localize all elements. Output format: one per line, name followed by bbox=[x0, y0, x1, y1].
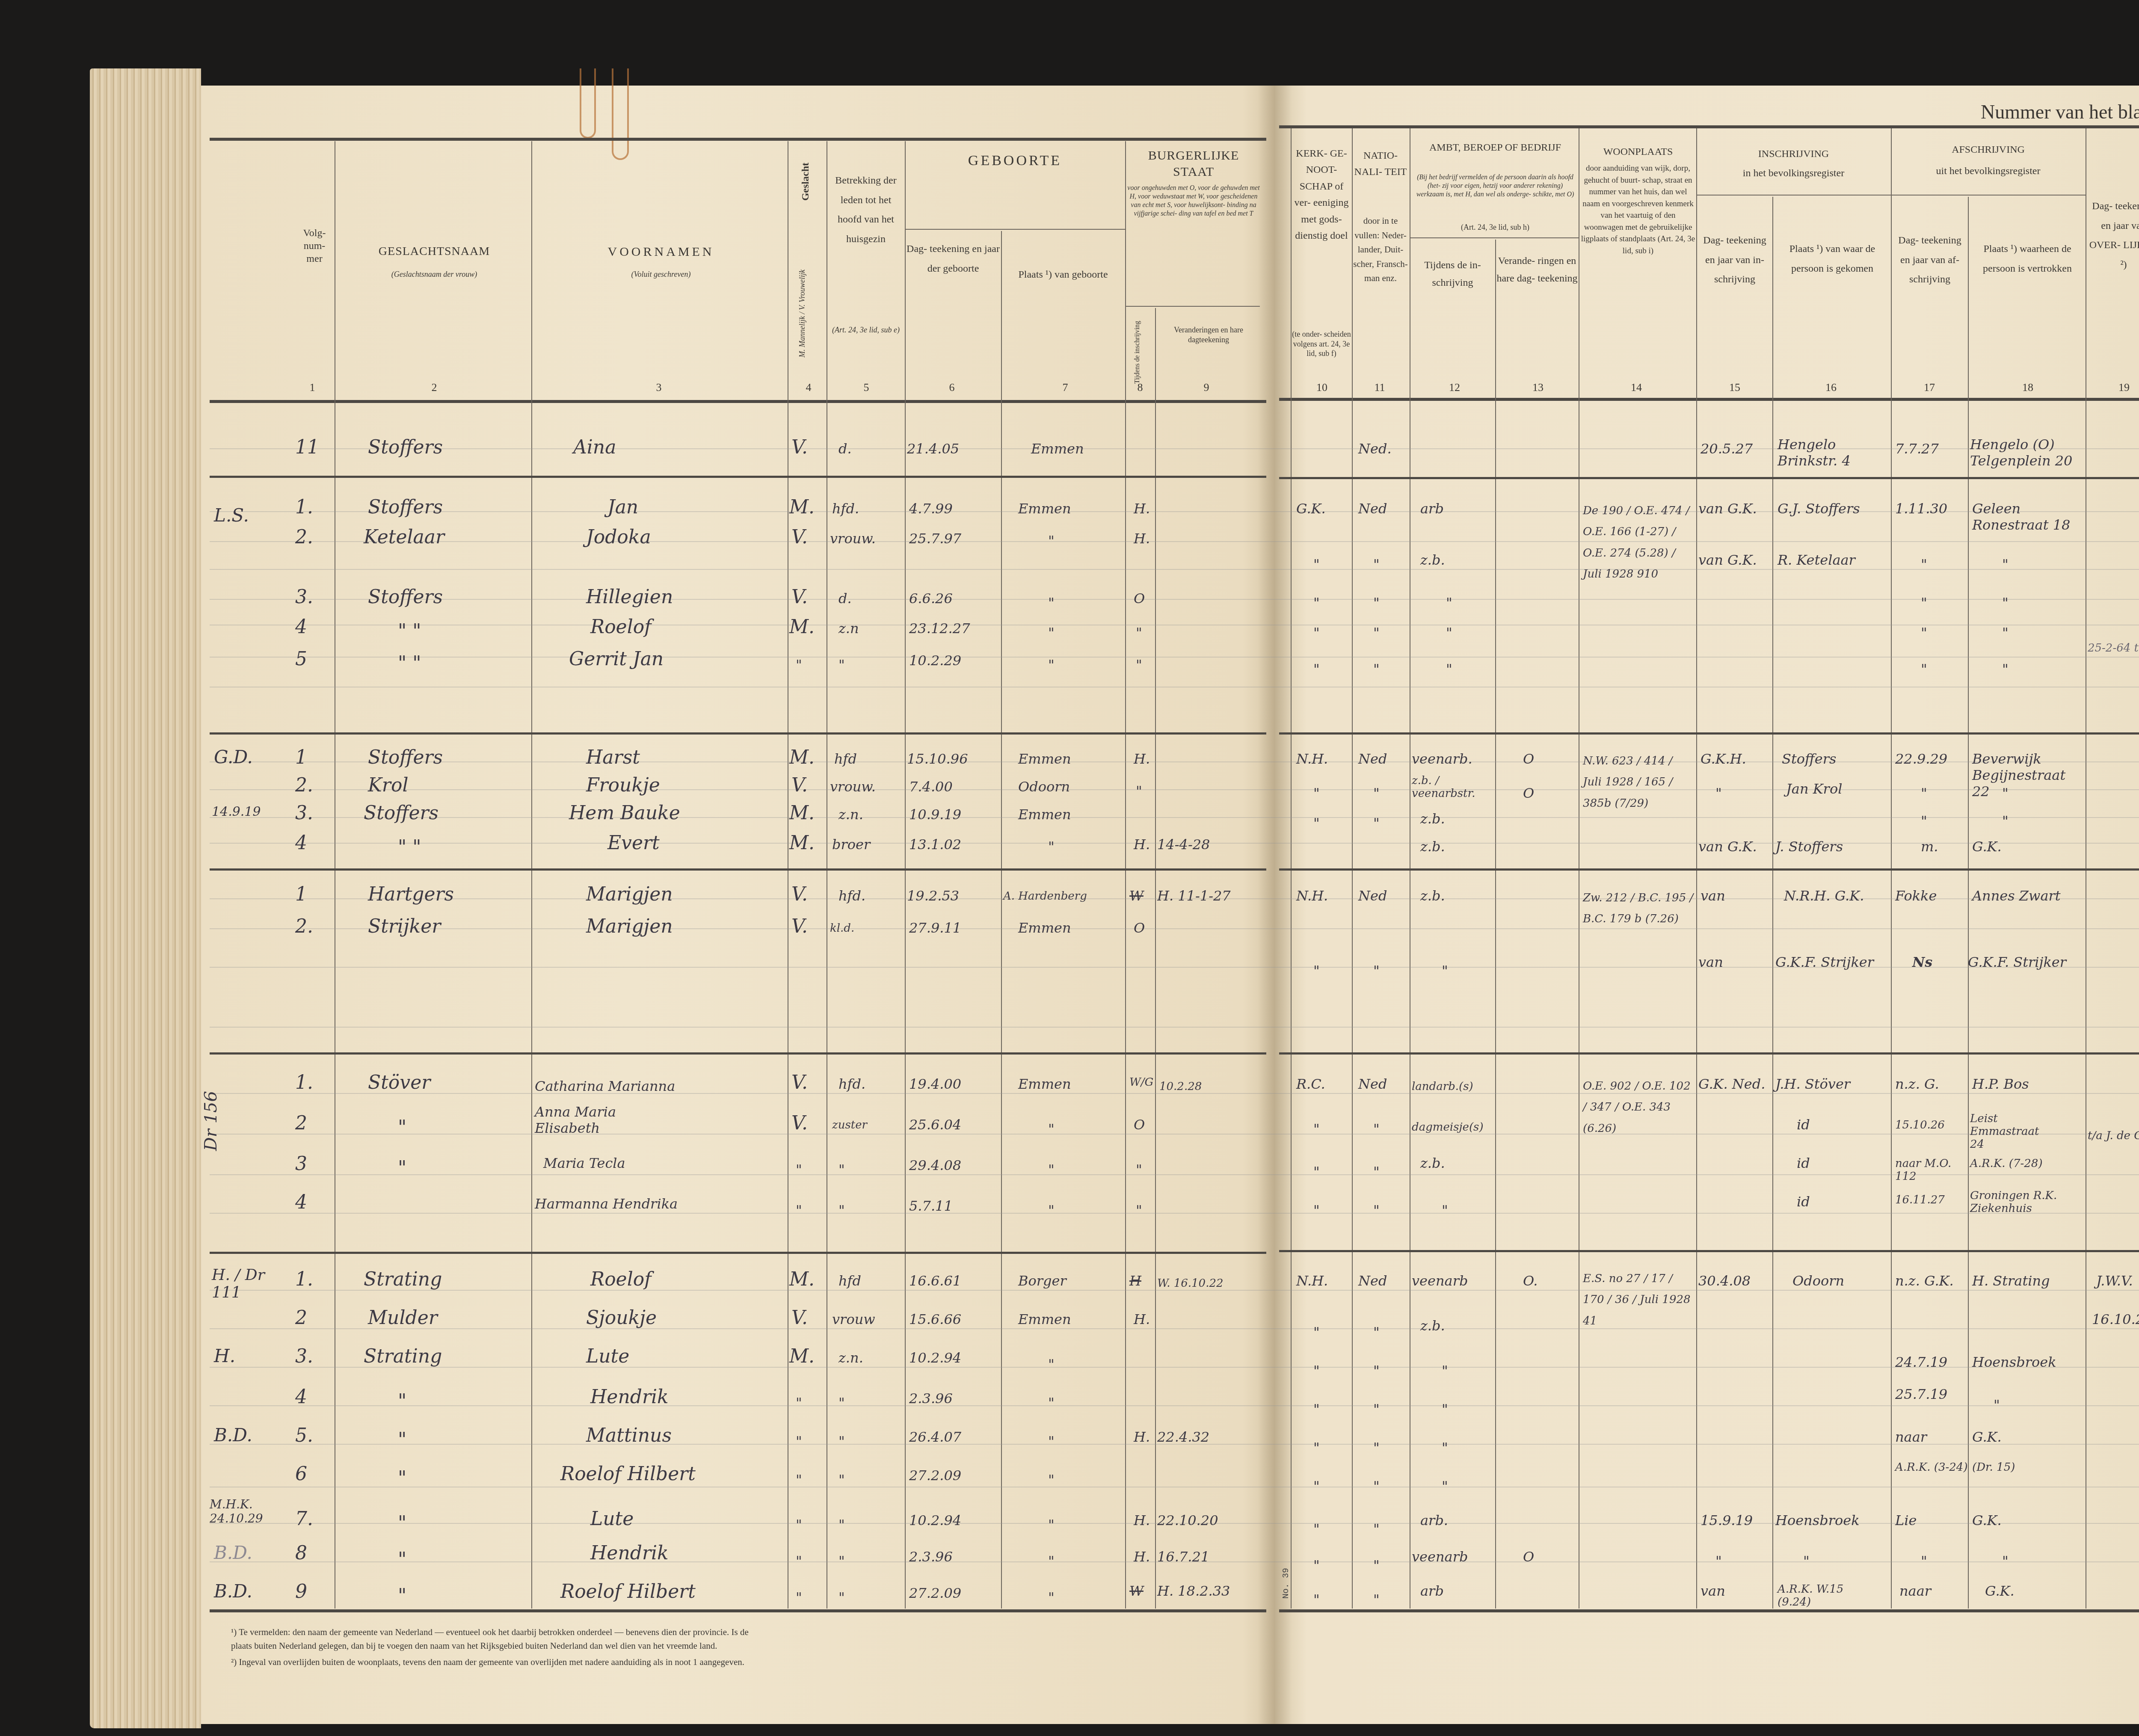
cell-geslacht: V. bbox=[791, 586, 808, 608]
cell-voornamen: Harmanna Hendrika bbox=[535, 1196, 678, 1212]
cell-beroep: " bbox=[1446, 661, 1452, 677]
cell-geslachtsnaam: Mulder bbox=[368, 1307, 438, 1329]
margin-note-date: 14.9.19 bbox=[212, 804, 261, 819]
cell-beroep: arb bbox=[1420, 1583, 1444, 1599]
cell-beroep: z.b. / veenarbstr. bbox=[1412, 774, 1476, 800]
margin-note: H. / Dr 111 bbox=[212, 1266, 272, 1301]
cell-inschrijving-plaats: J.H. Stöver bbox=[1775, 1076, 1850, 1092]
cell-geboortedatum: 10.9.19 bbox=[909, 806, 961, 823]
cell-kerkgenootschap: " bbox=[1313, 625, 1320, 641]
burgerlijke-staat-header: BURGERLIJKE STAAT bbox=[1127, 148, 1260, 180]
cell-afschrijving-plaats: " bbox=[2002, 595, 2009, 611]
cell-geslacht: M. bbox=[789, 832, 815, 854]
burgerlijke-staat-note: voor ongehuwden met O, voor de gehuwden … bbox=[1127, 184, 1260, 218]
household-separator bbox=[1279, 732, 2139, 735]
column-divider bbox=[1155, 308, 1156, 1609]
cell-volgnummer: 3 bbox=[295, 1153, 307, 1175]
cell-overlijden: t/a J. de Goede bbox=[2088, 1129, 2139, 1142]
cell-geboorteplaats: Emmen bbox=[1018, 751, 1071, 767]
cell-staat: " bbox=[1136, 625, 1142, 641]
cell-geboortedatum: 21.4.05 bbox=[907, 441, 959, 457]
cell-staat: W bbox=[1129, 1583, 1144, 1599]
cell-geslachtsnaam: " " bbox=[398, 836, 421, 858]
cell-geslacht: " bbox=[796, 1161, 802, 1178]
column-divider bbox=[1001, 231, 1002, 1609]
cell-woonplaats: O.E. 902 / O.E. 102 / 347 / O.E. 343 (6.… bbox=[1583, 1076, 1694, 1139]
cell-kerkgenootschap: " bbox=[1313, 1478, 1320, 1494]
cell-inschrijving-datum: 30.4.08 bbox=[1698, 1273, 1751, 1289]
cell-staat: H. bbox=[1134, 501, 1150, 517]
margin-note: M.H.K. 24.10.29 bbox=[210, 1497, 270, 1526]
column-header-6: Dag- teekening en jaar der geboorte bbox=[906, 240, 1000, 278]
margin-note: B.D. bbox=[214, 1542, 252, 1563]
cell-nationaliteit: Ned bbox=[1358, 1076, 1387, 1092]
col-num-13: 13 bbox=[1525, 381, 1551, 395]
cell-inschrijving-datum: " bbox=[1715, 785, 1722, 801]
cell-inschrijving-plaats: Stoffers bbox=[1782, 751, 1836, 767]
cell-nationaliteit: " bbox=[1373, 815, 1380, 831]
column-divider bbox=[1772, 197, 1773, 1609]
cell-inschrijving-plaats: id bbox=[1797, 1194, 1810, 1210]
cell-beroep: " bbox=[1446, 625, 1452, 641]
cell-beroep: veenarb bbox=[1412, 1273, 1468, 1289]
cell-kerkgenootschap: " bbox=[1313, 815, 1320, 831]
ruled-line bbox=[210, 1093, 2139, 1094]
cell-volgnummer: 3. bbox=[295, 1345, 313, 1367]
cell-betrekking: " bbox=[838, 1433, 845, 1449]
column-header-18: Plaats ¹) waarheen de persoon is vertrok… bbox=[1970, 240, 2085, 278]
cell-kerkgenootschap: " bbox=[1313, 1164, 1320, 1180]
cell-beroep-verandering: O bbox=[1523, 1549, 1534, 1565]
cell-voornamen: Roelof Hilbert bbox=[560, 1581, 696, 1603]
cell-afschrijving-datum: " bbox=[1921, 625, 1927, 641]
cell-staat: H. bbox=[1134, 530, 1150, 547]
household-separator bbox=[210, 1252, 1266, 1254]
cell-inschrijving-datum: " bbox=[1715, 1553, 1722, 1569]
cell-geslacht: M. bbox=[789, 802, 815, 824]
cell-geslachtsnaam: " bbox=[398, 1157, 406, 1179]
cell-geslachtsnaam: Ketelaar bbox=[364, 526, 444, 548]
column-header-2-sub: (Geslachtsnaam der vrouw) bbox=[342, 270, 526, 279]
ruled-line bbox=[210, 817, 2139, 818]
cell-staat: O bbox=[1134, 590, 1145, 607]
cell-voornamen: Aina bbox=[573, 436, 616, 458]
cell-staat-verandering: 10.2.28 bbox=[1159, 1080, 1202, 1093]
cell-nationaliteit: " bbox=[1373, 625, 1380, 641]
cell-voornamen: Gerrit Jan bbox=[569, 648, 664, 670]
cell-afschrijving-datum: 7.7.27 bbox=[1895, 441, 1939, 457]
cell-geslacht: " bbox=[796, 657, 802, 673]
footnote-1: ¹) Te vermelden: den naam der gemeente v… bbox=[231, 1626, 757, 1653]
cell-afschrijving-datum: naar bbox=[1899, 1583, 1931, 1599]
cell-beroep: " bbox=[1446, 595, 1452, 611]
cell-nationaliteit: " bbox=[1373, 963, 1380, 979]
cell-afschrijving-datum: Lie bbox=[1895, 1512, 1917, 1529]
header-bottom-rule bbox=[210, 400, 1266, 403]
cell-inschrijving-datum: 15.9.19 bbox=[1701, 1512, 1753, 1529]
cell-geslacht: " bbox=[796, 1433, 802, 1449]
cell-staat: " bbox=[1136, 1202, 1142, 1218]
cell-staat-verandering: W. 16.10.22 bbox=[1157, 1277, 1224, 1290]
cell-volgnummer: 2 bbox=[295, 1112, 307, 1134]
cell-volgnummer: 1 bbox=[295, 883, 307, 905]
staat-subrule bbox=[1125, 306, 1260, 307]
cell-beroep: " bbox=[1442, 1478, 1448, 1494]
cell-geslacht: V. bbox=[791, 774, 808, 796]
cell-kerkgenootschap: R.C. bbox=[1296, 1076, 1325, 1092]
ruled-line bbox=[210, 1027, 2139, 1028]
cell-volgnummer: 8 bbox=[295, 1542, 307, 1564]
cell-geslacht: V. bbox=[791, 436, 808, 458]
cell-betrekking: " bbox=[838, 1589, 845, 1606]
cell-geboorteplaats: " bbox=[1048, 1472, 1055, 1488]
household-separator bbox=[1279, 477, 2139, 479]
cell-geslachtsnaam: Strating bbox=[364, 1345, 442, 1367]
column-header-7: Plaats ¹) van geboorte bbox=[1003, 265, 1123, 285]
cell-geslacht: M. bbox=[789, 1268, 815, 1290]
cell-staat: H. bbox=[1134, 751, 1150, 767]
cell-afschrijving-plaats: G.K. bbox=[1972, 1512, 2002, 1529]
column-header-4: Geslacht bbox=[800, 163, 812, 201]
column-header-2: GESLACHTSNAAM bbox=[342, 244, 526, 259]
column-divider bbox=[1968, 197, 1969, 1609]
cell-inschrijving-plaats: Jan Krol bbox=[1786, 781, 1842, 797]
cell-nationaliteit: " bbox=[1373, 1521, 1380, 1537]
cell-volgnummer: 4 bbox=[295, 1386, 307, 1408]
household-separator bbox=[210, 868, 1266, 871]
cell-staat: " bbox=[1136, 1161, 1142, 1178]
cell-geslacht: M. bbox=[789, 1345, 815, 1367]
cell-geboorteplaats: " bbox=[1048, 1121, 1055, 1137]
ambt-note: (Bij het bedrijf vermelden of de persoon… bbox=[1414, 173, 1576, 199]
cell-staat: H. bbox=[1134, 836, 1150, 853]
column-divider bbox=[788, 141, 788, 1609]
cell-beroep: z.b. bbox=[1420, 811, 1445, 827]
cell-volgnummer: 2. bbox=[295, 915, 313, 937]
cell-nationaliteit: Ned bbox=[1358, 888, 1387, 904]
cell-staat: H. bbox=[1134, 1311, 1150, 1327]
cell-geslachtsnaam: Stoffers bbox=[368, 586, 443, 608]
cell-volgnummer: 4 bbox=[295, 1191, 307, 1213]
ruled-line bbox=[210, 761, 2139, 762]
cell-kerkgenootschap: " bbox=[1313, 963, 1320, 979]
col-num-4: 4 bbox=[796, 381, 821, 395]
cell-voornamen: Marigjen bbox=[586, 915, 673, 937]
cell-voornamen: Marigjen bbox=[586, 883, 673, 905]
cell-beroep-verandering: O bbox=[1523, 751, 1534, 767]
cell-nationaliteit: Ned. bbox=[1358, 441, 1392, 457]
col-num-18: 18 bbox=[2015, 381, 2041, 395]
cell-geslachtsnaam: " " bbox=[398, 652, 421, 674]
cell-geboortedatum: 29.4.08 bbox=[909, 1157, 961, 1173]
cell-volgnummer: 2. bbox=[295, 774, 313, 796]
cell-betrekking: " bbox=[838, 1472, 845, 1488]
cell-afschrijving-plaats: Groningen R.K. Ziekenhuis bbox=[1970, 1189, 2068, 1215]
cell-betrekking: zuster bbox=[832, 1119, 867, 1132]
cell-afschrijving-datum: 16.11.27 bbox=[1895, 1194, 1945, 1206]
cell-geslachtsnaam: " bbox=[398, 1390, 406, 1412]
cell-geslachtsnaam: Krol bbox=[368, 774, 408, 796]
cell-voornamen: Jodoka bbox=[586, 526, 651, 548]
cell-kerkgenootschap: " bbox=[1313, 1591, 1320, 1608]
column-header-14: WOONPLAATS bbox=[1581, 145, 1695, 158]
cell-nationaliteit: " bbox=[1373, 1591, 1380, 1608]
cell-afschrijving-plaats: " bbox=[2002, 661, 2009, 677]
cell-kerkgenootschap: " bbox=[1313, 595, 1320, 611]
ruled-line bbox=[210, 687, 2139, 687]
cell-geslachtsnaam: Stoffers bbox=[368, 747, 443, 768]
cell-afschrijving-datum: " bbox=[1921, 1553, 1927, 1569]
cell-geboortedatum: 13.1.02 bbox=[909, 836, 961, 853]
cell-betrekking: " bbox=[838, 1161, 845, 1178]
column-header-1: Volg- num- mer bbox=[295, 227, 334, 265]
household-separator bbox=[1279, 1250, 2139, 1252]
cell-nationaliteit: Ned bbox=[1358, 1273, 1387, 1289]
cell-betrekking: z.n bbox=[838, 620, 859, 637]
cell-staat: " bbox=[1136, 783, 1142, 799]
cell-staat: H bbox=[1129, 1273, 1141, 1289]
cell-kerkgenootschap: " bbox=[1313, 1121, 1320, 1137]
cell-geboorteplaats: A. Hardenberg bbox=[1003, 890, 1087, 903]
afschrijving-group-sub: uit het bevolkingsregister bbox=[1891, 165, 2086, 178]
cell-voornamen: Maria Tecla bbox=[543, 1155, 625, 1171]
header-top-rule bbox=[1279, 125, 2139, 128]
cell-afschrijving-datum: " bbox=[1921, 595, 1927, 611]
column-divider bbox=[335, 141, 335, 1609]
cell-geboorteplaats: Emmen bbox=[1018, 920, 1071, 936]
margin-note: G.D. bbox=[214, 747, 253, 767]
cell-beroep: dagmeisje(s) bbox=[1412, 1121, 1484, 1134]
cell-woonplaats: Zw. 212 / B.C. 195 / B.C. 179 b (7.26) bbox=[1583, 888, 1694, 930]
cell-betrekking: " bbox=[838, 657, 845, 673]
col-num-10: 10 bbox=[1309, 381, 1335, 395]
col-num-6: 6 bbox=[939, 381, 965, 395]
cell-staat: H. bbox=[1134, 1429, 1150, 1445]
cell-beroep: " bbox=[1442, 1440, 1448, 1456]
cell-beroep: " bbox=[1442, 963, 1448, 979]
cell-geboortedatum: 5.7.11 bbox=[909, 1198, 953, 1214]
cell-afschrijving-datum: 1.11.30 bbox=[1895, 501, 1947, 517]
cell-geslacht: " bbox=[796, 1589, 802, 1606]
col-num-1: 1 bbox=[299, 381, 325, 395]
cell-geslachtsnaam: Stoffers bbox=[364, 802, 438, 824]
cell-staat: W bbox=[1129, 888, 1144, 904]
cell-geboortedatum: 23.12.27 bbox=[909, 620, 970, 637]
cell-afschrijving-plaats: " bbox=[2002, 1553, 2009, 1569]
cell-geboortedatum: 16.6.61 bbox=[909, 1273, 961, 1289]
cell-afschrijving-plaats: G.K. bbox=[1985, 1583, 2015, 1599]
col-num-7: 7 bbox=[1052, 381, 1078, 395]
cell-geslachtsnaam: " bbox=[398, 1467, 406, 1489]
cell-afschrijving-datum: m. bbox=[1921, 838, 1938, 855]
cell-geslachtsnaam: Stöver bbox=[368, 1072, 430, 1093]
ruled-line bbox=[210, 657, 2139, 658]
margin-note: Dr 156 bbox=[201, 1091, 221, 1151]
cell-kerkgenootschap: " bbox=[1313, 1557, 1320, 1573]
cell-voornamen: Anna Maria Elisabeth bbox=[535, 1104, 659, 1136]
margin-note: L.S. bbox=[214, 505, 249, 526]
cell-inschrijving-plaats: Odoorn bbox=[1792, 1273, 1844, 1289]
cell-geslachtsnaam: " bbox=[398, 1585, 406, 1607]
ambt-art: (Art. 24, 3e lid, sub h) bbox=[1414, 222, 1576, 232]
cell-afschrijving-plaats: " bbox=[2002, 556, 2009, 572]
cell-inschrijving-datum: van G.K. bbox=[1698, 501, 1757, 517]
cell-geslachtsnaam: Stoffers bbox=[368, 436, 443, 458]
cell-betrekking: d. bbox=[838, 441, 852, 457]
cell-geboortedatum: 15.6.66 bbox=[909, 1311, 961, 1327]
cell-nationaliteit: " bbox=[1373, 661, 1380, 677]
afschrijving-subrule bbox=[1891, 195, 2086, 196]
cell-staat: H. bbox=[1134, 1549, 1150, 1565]
cell-nationaliteit: " bbox=[1373, 1440, 1380, 1456]
cell-woonplaats: N.W. 623 / 414 / Juli 1928 / 165 / 385b … bbox=[1583, 751, 1694, 814]
cell-geslacht: " bbox=[796, 1472, 802, 1488]
cell-staat-verandering: 22.4.32 bbox=[1157, 1429, 1209, 1445]
cell-geboorteplaats: " bbox=[1048, 1356, 1055, 1372]
cell-nationaliteit: " bbox=[1373, 1478, 1380, 1494]
cell-afschrijving-datum: Fokke bbox=[1895, 888, 1937, 904]
cell-geboorteplaats: Emmen bbox=[1018, 1311, 1071, 1327]
cell-volgnummer: 1. bbox=[295, 496, 313, 518]
household-separator bbox=[210, 732, 1266, 735]
cell-afschrijving-datum: A.R.K. (3-24) bbox=[1895, 1461, 1968, 1474]
cell-beroep: arb. bbox=[1420, 1512, 1448, 1529]
inschrijving-subrule bbox=[1696, 195, 1891, 196]
cell-betrekking: hfd. bbox=[838, 888, 865, 904]
cell-geslachtsnaam: " bbox=[398, 1512, 406, 1534]
cell-inschrijving-plaats: G.K.F. Strijker bbox=[1775, 954, 1874, 970]
cell-beroep: arb bbox=[1420, 501, 1444, 517]
column-divider bbox=[827, 141, 827, 1609]
cell-voornamen: Hendrik bbox=[590, 1386, 669, 1408]
cell-geslacht: V. bbox=[791, 526, 808, 548]
cell-afschrijving-plaats: G.K. bbox=[1972, 1429, 2002, 1445]
cell-geboortedatum: 2.3.96 bbox=[909, 1390, 953, 1407]
cell-geslacht: " bbox=[796, 1517, 802, 1533]
cell-woonplaats: De 190 / O.E. 474 / O.E. 166 (1-27) / O.… bbox=[1583, 501, 1694, 585]
cell-betrekking: " bbox=[838, 1517, 845, 1533]
cell-afschrijving-datum: 22.9.29 bbox=[1895, 751, 1947, 767]
column-header-14-sub: door aanduiding van wijk, dorp, gehucht … bbox=[1581, 163, 1695, 257]
cell-overlijden: 25-2-64 te Waldfeucht Dl. bbox=[2088, 642, 2139, 655]
cell-overlijden: J.W.V. bbox=[2096, 1273, 2133, 1289]
cell-voornamen: Jan bbox=[607, 496, 638, 518]
cell-geslachtsnaam: " bbox=[398, 1117, 406, 1138]
cell-inschrijving-datum: 20.5.27 bbox=[1701, 441, 1753, 457]
cell-nationaliteit: " bbox=[1373, 1363, 1380, 1379]
cell-staat: W/G bbox=[1129, 1076, 1153, 1089]
cell-geslacht: M. bbox=[789, 747, 815, 768]
cell-inschrijving-plaats: " bbox=[1803, 1553, 1810, 1569]
cell-woonplaats: E.S. no 27 / 17 / 170 / 36 / Juli 1928 4… bbox=[1583, 1268, 1694, 1332]
cell-beroep: " bbox=[1442, 1401, 1448, 1417]
cell-nationaliteit: Ned bbox=[1358, 501, 1387, 517]
cell-afschrijving-datum: n.z. G.K. bbox=[1895, 1273, 1954, 1289]
cell-geslacht: V. bbox=[791, 1072, 808, 1093]
cell-inschrijving-plaats: Hengelo Brinkstr. 4 bbox=[1778, 436, 1889, 469]
cell-afschrijving-plaats: " bbox=[2002, 813, 2009, 829]
cell-volgnummer: 11 bbox=[295, 436, 319, 458]
cell-geboortedatum: 27.9.11 bbox=[909, 920, 961, 936]
cell-geslacht: V. bbox=[791, 1307, 808, 1329]
column-header-5: Betrekking der leden tot het hoofd van h… bbox=[828, 171, 904, 249]
cell-geboorteplaats: Borger bbox=[1018, 1273, 1067, 1289]
cell-inschrijving-datum: van bbox=[1698, 954, 1723, 970]
cell-nationaliteit: " bbox=[1373, 1121, 1380, 1137]
cell-staat-verandering: 14-4-28 bbox=[1157, 836, 1210, 853]
ruled-line bbox=[210, 1174, 2139, 1175]
cell-voornamen: Harst bbox=[586, 747, 640, 768]
cell-volgnummer: 7. bbox=[295, 1508, 313, 1530]
cell-beroep-verandering: O. bbox=[1523, 1273, 1538, 1289]
cell-kerkgenootschap: " bbox=[1313, 1440, 1320, 1456]
cell-kerkgenootschap: G.K. bbox=[1296, 501, 1326, 517]
cell-afschrijving-plaats: Beverwijk Begijnestraat 22 bbox=[1972, 751, 2083, 800]
ruled-line bbox=[210, 569, 2139, 570]
cell-voornamen: Catharina Marianna bbox=[535, 1078, 675, 1094]
cell-geboortedatum: 19.4.00 bbox=[909, 1076, 961, 1092]
column-header-11: NATIO- NALI- TEIT bbox=[1353, 148, 1408, 181]
cell-nationaliteit: " bbox=[1373, 1164, 1380, 1180]
ambt-group-header: AMBT, BEROEP OF BEDRIJF bbox=[1412, 141, 1579, 154]
column-header-4-sub: M. Mannelijk / V. Vrouwelijk bbox=[798, 270, 807, 358]
cell-geslacht: V. bbox=[791, 1112, 808, 1134]
cell-geboorteplaats: " bbox=[1048, 625, 1055, 641]
cell-beroep: " bbox=[1442, 1202, 1448, 1218]
ruled-line bbox=[210, 1328, 2139, 1329]
col-num-14: 14 bbox=[1624, 381, 1649, 395]
cell-voornamen: Roelof bbox=[590, 616, 652, 638]
cell-beroep: landarb.(s) bbox=[1412, 1080, 1473, 1093]
cell-geboorteplaats: " bbox=[1048, 1395, 1055, 1411]
ruled-line bbox=[210, 928, 2139, 929]
inschrijving-group-sub: in het bevolkingsregister bbox=[1696, 167, 1891, 180]
cell-geboortedatum: 19.2.53 bbox=[907, 888, 959, 904]
cell-beroep: z.b. bbox=[1420, 552, 1445, 568]
cell-geslachtsnaam: Hartgers bbox=[368, 883, 454, 905]
cell-afschrijving-plaats: G.K. bbox=[1972, 838, 2002, 855]
cell-geslacht: V. bbox=[791, 883, 808, 905]
cell-staat: H. bbox=[1134, 1512, 1150, 1529]
cell-geboortedatum: 7.4.00 bbox=[909, 779, 953, 795]
column-header-10-sub: (te onder- scheiden volgens art. 24, 3e … bbox=[1292, 329, 1351, 358]
cell-staat: O bbox=[1134, 1117, 1145, 1133]
margin-note: B.D. bbox=[214, 1425, 252, 1446]
ambt-subrule bbox=[1410, 237, 1579, 238]
left-page bbox=[201, 86, 1275, 1724]
cell-voornamen: Lute bbox=[590, 1508, 634, 1530]
ruled-line bbox=[210, 541, 2139, 542]
cell-beroep-verandering: O bbox=[1523, 785, 1534, 801]
cell-beroep: veenarb. bbox=[1412, 751, 1472, 767]
cell-inschrijving-plaats: G.J. Stoffers bbox=[1778, 501, 1860, 517]
cell-voornamen: Roelof Hilbert bbox=[560, 1463, 696, 1485]
cell-betrekking: vrouw. bbox=[830, 779, 876, 795]
rust-stain-icon bbox=[612, 68, 629, 160]
cell-geboortedatum: 10.2.94 bbox=[909, 1512, 961, 1529]
cell-geslacht: " bbox=[796, 1553, 802, 1569]
column-divider bbox=[1495, 240, 1496, 1609]
cell-geboortedatum: 27.2.09 bbox=[909, 1585, 961, 1601]
cell-voornamen: Evert bbox=[607, 832, 660, 854]
cell-overlijden: 16.10.22 bbox=[2092, 1311, 2139, 1327]
cell-volgnummer: 5. bbox=[295, 1425, 313, 1446]
cell-betrekking: kl.d. bbox=[830, 922, 854, 935]
cell-geboorteplaats: " bbox=[1048, 657, 1055, 673]
cell-inschrijving-plaats: J. Stoffers bbox=[1775, 838, 1843, 855]
col-num-19: 19 bbox=[2111, 381, 2137, 395]
cell-geboorteplaats: " bbox=[1048, 595, 1055, 611]
